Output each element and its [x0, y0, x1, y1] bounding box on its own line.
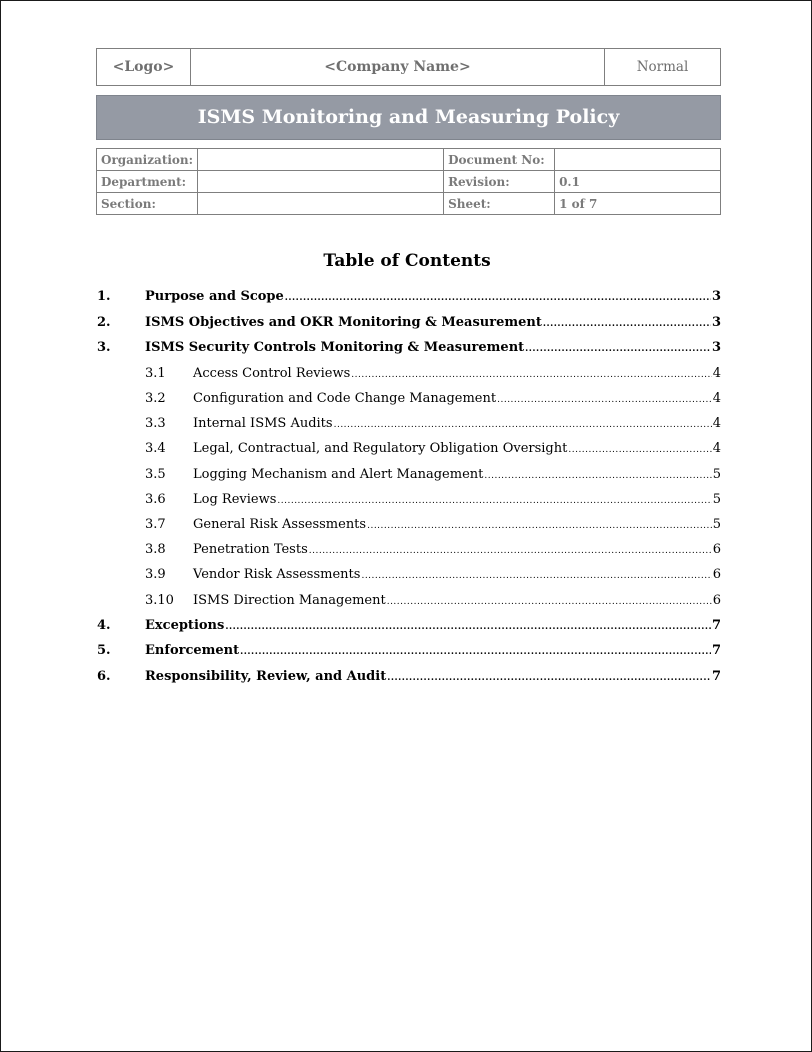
department-label: Department: [97, 171, 198, 193]
document-no-value [555, 149, 721, 171]
toc-leader-dots [240, 647, 711, 657]
toc-entry-number: 1. [97, 289, 145, 304]
toc-leader-dots [497, 395, 712, 405]
toc-entry[interactable]: 6.Responsibility, Review, and Audit7 [97, 669, 721, 689]
toc-leader-dots [334, 420, 712, 430]
toc-entry-page: 5 [713, 517, 721, 532]
toc-leader-dots [367, 521, 712, 531]
sheet-value: 1 of 7 [555, 193, 721, 215]
toc-leader-dots [387, 673, 711, 683]
toc-entry[interactable]: 3.9Vendor Risk Assessments6 [97, 567, 721, 587]
toc-leader-dots [387, 597, 712, 607]
toc-entry[interactable]: 3.1Access Control Reviews4 [97, 366, 721, 386]
toc-entry[interactable]: 2.ISMS Objectives and OKR Monitoring & M… [97, 315, 721, 335]
toc-entry-title: ISMS Security Controls Monitoring & Meas… [145, 340, 524, 355]
meta-row-section: Section: Sheet: 1 of 7 [97, 193, 721, 215]
toc-entry[interactable]: 3.2Configuration and Code Change Managem… [97, 391, 721, 411]
toc-entry-title: Legal, Contractual, and Regulatory Oblig… [193, 441, 567, 456]
toc-entry-title: Configuration and Code Change Management [193, 391, 496, 406]
toc-entry-number: 3.3 [145, 416, 193, 431]
toc-entry[interactable]: 3.5Logging Mechanism and Alert Managemen… [97, 467, 721, 487]
toc-entry[interactable]: 3.10ISMS Direction Management6 [97, 593, 721, 613]
toc-leader-dots [285, 293, 711, 303]
toc-entry-page: 7 [712, 669, 721, 684]
toc-entry-page: 5 [713, 467, 721, 482]
toc-entry-title: Enforcement [145, 643, 239, 658]
toc-entry-page: 4 [713, 441, 721, 456]
toc-entry-number: 3.5 [145, 467, 193, 482]
toc-entry-title: Log Reviews [193, 492, 276, 507]
toc-entry-title: Internal ISMS Audits [193, 416, 333, 431]
sheet-label: Sheet: [444, 193, 555, 215]
toc-leader-dots [351, 370, 711, 380]
toc-entry-number: 3.8 [145, 542, 193, 557]
toc-entry-number: 3.4 [145, 441, 193, 456]
toc-leader-dots [361, 571, 711, 581]
revision-value: 0.1 [555, 171, 721, 193]
toc-entry-number: 5. [97, 643, 145, 658]
toc-entry-number: 3. [97, 340, 145, 355]
toc-entry-page: 4 [713, 416, 721, 431]
toc-entry[interactable]: 4.Exceptions7 [97, 618, 721, 638]
toc-leader-dots [484, 471, 711, 481]
toc-entry-page: 3 [712, 315, 721, 330]
meta-row-organization: Organization: Document No: [97, 149, 721, 171]
toc-entry-page: 6 [713, 542, 721, 557]
toc-entry-number: 3.7 [145, 517, 193, 532]
toc-entry-title: Logging Mechanism and Alert Management [193, 467, 483, 482]
toc-entry[interactable]: 3.3Internal ISMS Audits4 [97, 416, 721, 436]
toc-entry-title: Exceptions [145, 618, 224, 633]
toc-entry-number: 3.2 [145, 391, 193, 406]
toc-entry-title: Penetration Tests [193, 542, 308, 557]
toc-leader-dots [543, 319, 711, 329]
toc-entry-page: 6 [713, 593, 721, 608]
organization-value [198, 149, 444, 171]
toc-entry-page: 6 [713, 567, 721, 582]
toc-entry[interactable]: 3.4Legal, Contractual, and Regulatory Ob… [97, 441, 721, 461]
toc-entry-number: 3.6 [145, 492, 193, 507]
toc-entry-page: 4 [713, 366, 721, 381]
toc-entry-page: 3 [712, 289, 721, 304]
toc-entry-title: Purpose and Scope [145, 289, 284, 304]
toc-entry[interactable]: 3.ISMS Security Controls Monitoring & Me… [97, 340, 721, 360]
toc-entry[interactable]: 1.Purpose and Scope3 [97, 289, 721, 309]
toc-entry-page: 5 [713, 492, 721, 507]
toc-entry-number: 4. [97, 618, 145, 633]
toc-entry-number: 3.9 [145, 567, 193, 582]
toc-entry-number: 3.1 [145, 366, 193, 381]
meta-row-department: Department: Revision: 0.1 [97, 171, 721, 193]
toc-entry-page: 3 [712, 340, 721, 355]
toc-entry-page: 7 [712, 618, 721, 633]
toc-entry[interactable]: 3.7General Risk Assessments5 [97, 517, 721, 537]
department-value [198, 171, 444, 193]
toc-entry[interactable]: 5.Enforcement7 [97, 643, 721, 663]
toc-entry-title: Vendor Risk Assessments [193, 567, 360, 582]
document-no-label: Document No: [444, 149, 555, 171]
document-header-table: <Logo> <Company Name> Normal [96, 48, 721, 86]
revision-label: Revision: [444, 171, 555, 193]
organization-label: Organization: [97, 149, 198, 171]
toc-entry-title: Access Control Reviews [193, 366, 350, 381]
toc-title: Table of Contents [1, 251, 812, 271]
company-name: <Company Name> [191, 49, 605, 86]
toc-leader-dots [225, 622, 711, 632]
toc-leader-dots [277, 496, 711, 506]
toc-entry-title: ISMS Objectives and OKR Monitoring & Mea… [145, 315, 542, 330]
toc-entry-number: 3.10 [145, 593, 193, 608]
document-page: <Logo> <Company Name> Normal ISMS Monito… [0, 0, 812, 1052]
section-label: Section: [97, 193, 198, 215]
toc-entry-number: 6. [97, 669, 145, 684]
section-value [198, 193, 444, 215]
toc-entry-title: General Risk Assessments [193, 517, 366, 532]
toc-entry-number: 2. [97, 315, 145, 330]
toc-entry-title: ISMS Direction Management [193, 593, 386, 608]
toc-leader-dots [568, 445, 711, 455]
toc-entry-title: Responsibility, Review, and Audit [145, 669, 386, 684]
document-meta-table: Organization: Document No: Department: R… [96, 148, 721, 215]
classification-label: Normal [605, 49, 721, 86]
document-title: ISMS Monitoring and Measuring Policy [96, 95, 721, 140]
toc-entry-page: 7 [712, 643, 721, 658]
toc-entry-page: 4 [713, 391, 721, 406]
toc-leader-dots [309, 546, 712, 556]
toc-entry[interactable]: 3.6Log Reviews5 [97, 492, 721, 512]
logo-placeholder: <Logo> [97, 49, 191, 86]
toc-entry[interactable]: 3.8Penetration Tests6 [97, 542, 721, 562]
toc-leader-dots [525, 344, 711, 354]
